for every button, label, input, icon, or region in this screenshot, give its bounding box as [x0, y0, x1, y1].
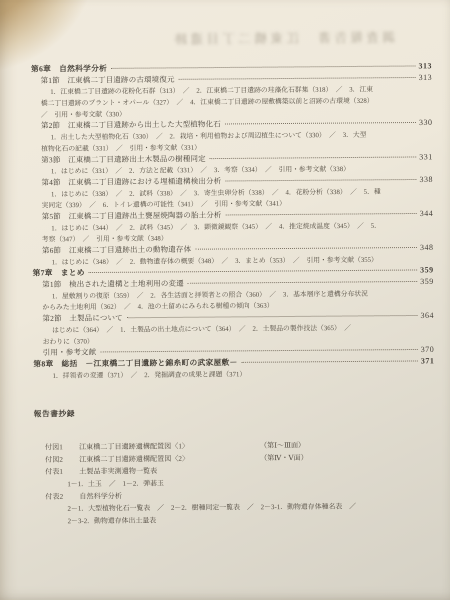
dotted-leader	[225, 122, 416, 125]
toc-entry: 1．拝領者の変遷（371） ／ 2．発掘調査の成果と課題（371）	[33, 367, 434, 381]
dotted-leader	[100, 349, 417, 352]
toc-entry-items: 1．拝領者の変遷（371） ／ 2．発掘調査の成果と課題（371）	[52, 369, 246, 382]
dotted-leader	[225, 179, 416, 182]
page-number: 330	[419, 118, 433, 129]
appendix-entry-title: 土製品非実測遺物一覧表	[79, 464, 260, 478]
appendix-entry-note: （第Ⅰ～Ⅲ面）	[260, 441, 305, 449]
toc-entry-items: 考察（347） ／ 引用・参考文献（348）	[42, 233, 168, 245]
appendix-header: 報告書抄録	[34, 405, 435, 419]
dotted-leader	[241, 360, 417, 362]
table-of-contents: 第6章 自然科学分析313第1節 江東橋二丁目遺跡の古環境復元3131．江東橋二…	[31, 61, 434, 382]
page-number: 370	[421, 344, 435, 355]
dotted-leader	[127, 315, 418, 318]
dotted-leader	[111, 65, 415, 68]
toc-entry-items: 実同定（339） ／ 6．トイレ遺構の可能性（341） ／ 引用・参考文献（34…	[42, 198, 286, 211]
appendix-entry-items: 1－1．土玉 ／ 1－2．弾碁玉	[67, 479, 164, 487]
page-number: 313	[418, 61, 432, 72]
toc-entry-title: 第2節 土製品について	[42, 313, 122, 325]
page-number: 359	[420, 276, 434, 287]
appendix-entry-items: 2－1．大型植物化石一覧表 ／ 2－2．樹種同定一覧表 ／ 2－3-1．動物遺存…	[67, 503, 356, 513]
page-number: 359	[420, 265, 434, 276]
page-number: 371	[421, 356, 435, 367]
appendix-entry-label: 付図2	[45, 454, 79, 467]
appendix-entry-note: （第Ⅳ・Ⅴ面）	[260, 454, 308, 462]
dotted-leader	[179, 77, 416, 80]
page-number: 364	[420, 310, 434, 321]
dotted-leader	[188, 281, 417, 284]
toc-entry-items: おわりに（370）	[43, 336, 94, 348]
appendix-entry-label: 付図1	[45, 441, 79, 454]
dotted-leader	[210, 156, 416, 159]
toc-entry-items: はじめに（364） ／ 1．土製品の出土地点について（364） ／ 2．土製品の…	[52, 322, 351, 336]
appendix-list: 付図1江東橋二丁目遺跡遺構配置図〈1〉（第Ⅰ～Ⅲ面）付図2江東橋二丁目遺跡遺構配…	[34, 438, 436, 527]
page-number: 344	[420, 208, 434, 219]
dotted-leader	[226, 213, 417, 216]
page-number: 338	[419, 174, 433, 185]
appendix-entry-label: 付表2	[45, 490, 79, 503]
page-number: 331	[419, 152, 433, 163]
appendix-entry-label: 付表1	[45, 466, 79, 479]
toc-entry-title: 第7章 まとめ	[33, 268, 85, 280]
page-content: 第6章 自然科学分析313第1節 江東橋二丁目遺跡の古環境復元3131．江東橋二…	[31, 61, 436, 528]
dotted-leader	[89, 270, 417, 274]
bleedthrough-text: 調査報告書 江東橋二丁目遺跡	[75, 28, 395, 49]
toc-entry-items: からみた土地利用（362） ／ 4．池の土留めにみられる樹種の傾向（363）	[42, 300, 273, 313]
page-number: 348	[420, 242, 434, 253]
appendix-entry: 2－3-2．動物遺存体出土量表	[35, 512, 436, 527]
dotted-leader	[195, 247, 417, 250]
page-number: 313	[419, 72, 433, 83]
toc-entry-items: ／ 引用・参考文献（330）	[41, 109, 126, 121]
book-page-photo: 調査報告書 江東橋二丁目遺跡 第6章 自然科学分析313第1節 江東橋二丁目遺跡…	[0, 0, 450, 600]
appendix-entry-items: 2－3-2．動物遺存体出土量表	[68, 516, 157, 524]
toc-entry-title: 第6章 自然科学分析	[31, 63, 107, 75]
toc-entry-title: 引用・参考文献	[43, 347, 97, 359]
